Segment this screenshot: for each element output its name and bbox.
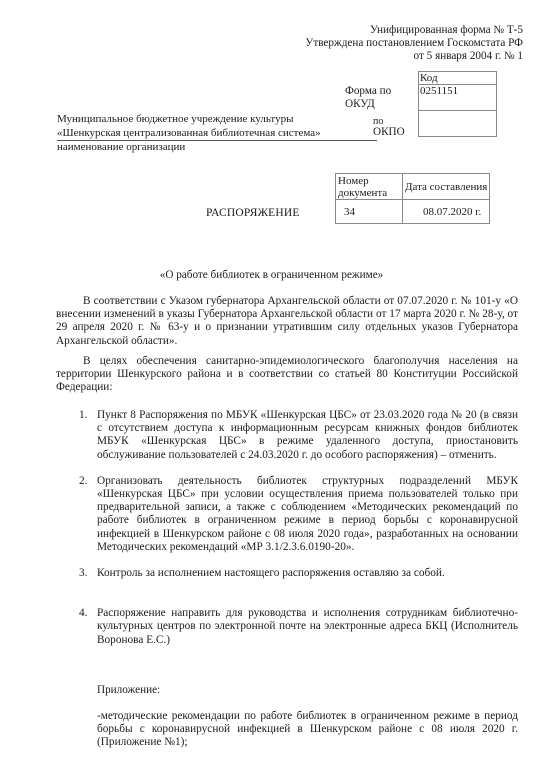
document-type-title: РАСПОРЯЖЕНИЕ xyxy=(206,207,300,219)
organization-name-line-2: «Шенкурская централизованная библиотечна… xyxy=(57,127,377,142)
order-item-text: Распоряжение направить для руководства и… xyxy=(97,607,518,645)
okpo-value xyxy=(419,111,497,137)
order-item-number: 3. xyxy=(79,567,87,580)
order-item: 1. Пункт 8 Распоряжения по МБУК «Шенкурс… xyxy=(57,409,518,462)
code-table: Код 0251151 xyxy=(418,71,497,137)
document-number: 34 xyxy=(336,200,403,224)
organization-block: Муниципальное бюджетное учреждение культ… xyxy=(57,113,327,155)
appendix-label: Приложение: xyxy=(97,684,160,696)
order-item-number: 1. xyxy=(79,409,87,422)
document-date: 08.07.2020 г. xyxy=(403,200,490,224)
order-item-text: Пункт 8 Распоряжения по МБУК «Шенкурская… xyxy=(97,409,518,461)
okpo-label: ОКПО xyxy=(373,126,405,138)
order-item: 3. Контроль за исполнением настоящего ра… xyxy=(57,567,518,580)
document-number-date-table: Номер документа Дата составления 34 08.0… xyxy=(335,173,490,224)
preamble-paragraph-1: В соответствии с Указом губернатора Арха… xyxy=(56,295,518,348)
form-header-line-3: от 5 января 2004 г. № 1 xyxy=(305,50,523,63)
order-item: 2. Организовать деятельность библиотек с… xyxy=(57,475,518,554)
order-item: 4. Распоряжение направить для руководств… xyxy=(57,607,518,647)
order-item-text: Организовать деятельность библиотек стру… xyxy=(97,475,518,553)
order-item-number: 4. xyxy=(79,607,87,620)
form-header-line-2: Утверждена постановлением Госкомстата РФ xyxy=(305,37,523,50)
form-header-line-1: Унифицированная форма № Т-5 xyxy=(305,24,523,37)
appendix-text: -методические рекомендации по работе биб… xyxy=(97,710,518,750)
okud-value: 0251151 xyxy=(419,85,497,111)
order-item-text: Контроль за исполнением настоящего распо… xyxy=(97,567,445,579)
order-item-number: 2. xyxy=(79,475,87,488)
preamble-paragraph-2: В целях обеспечения санитарно-эпидемиоло… xyxy=(56,355,518,395)
order-items-list: 1. Пункт 8 Распоряжения по МБУК «Шенкурс… xyxy=(57,409,518,647)
organization-name-line-1: Муниципальное бюджетное учреждение культ… xyxy=(57,113,327,127)
organization-caption: наименование организации xyxy=(57,141,327,155)
code-header: Код xyxy=(419,72,497,85)
form-header: Унифицированная форма № Т-5 Утверждена п… xyxy=(305,24,523,64)
date-header: Дата составления xyxy=(403,174,490,200)
number-header: Номер документа xyxy=(336,174,403,200)
document-subject: «О работе библиотек в ограниченном режим… xyxy=(0,269,543,281)
okud-label: Форма по ОКУД xyxy=(345,85,405,111)
